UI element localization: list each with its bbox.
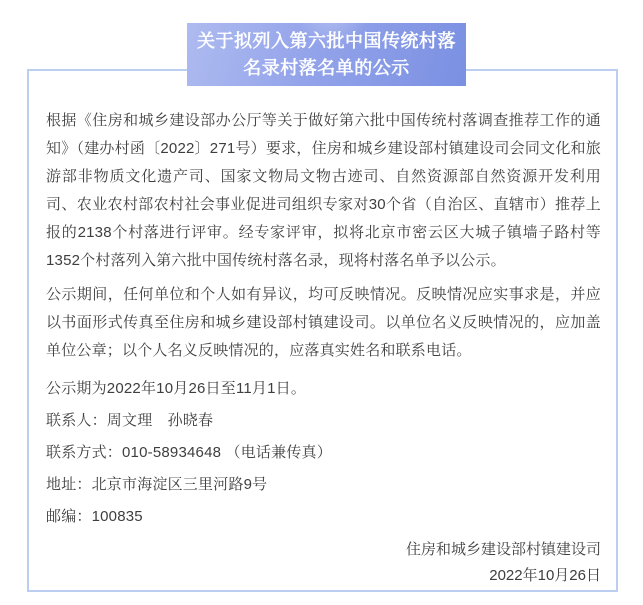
public-period-line: 公示期为2022年10月26日至11月1日。 xyxy=(46,373,601,405)
issuing-department-signature: 住房和城乡建设部村镇建设司 xyxy=(46,537,601,563)
notice-paragraph-objection: 公示期间，任何单位和个人如有异议，均可反映情况。反映情况应实事求是，并应以书面形… xyxy=(46,281,601,365)
notice-page: 关于拟列入第六批中国传统村落 名录村落名单的公示 根据《住房和城乡建设部办公厅等… xyxy=(0,0,643,605)
contact-method-line: 联系方式：010-58934648 （电话兼传真） xyxy=(46,437,601,469)
postcode-line: 邮编：100835 xyxy=(46,501,601,533)
issue-date: 2022年10月26日 xyxy=(46,563,601,589)
notice-title-line1: 关于拟列入第六批中国传统村落 xyxy=(197,28,456,55)
address-line: 地址：北京市海淀区三里河路9号 xyxy=(46,469,601,501)
contact-person-line: 联系人：周文理 孙晓春 xyxy=(46,405,601,437)
notice-title-line2: 名录村落名单的公示 xyxy=(243,55,410,82)
notice-body-box: 根据《住房和城乡建设部办公厅等关于做好第六批中国传统村落调查推荐工作的通知》（建… xyxy=(27,69,618,592)
notice-body-content: 根据《住房和城乡建设部办公厅等关于做好第六批中国传统村落调查推荐工作的通知》（建… xyxy=(29,71,616,589)
notice-title-banner: 关于拟列入第六批中国传统村落 名录村落名单的公示 xyxy=(187,23,466,86)
notice-paragraph-basis: 根据《住房和城乡建设部办公厅等关于做好第六批中国传统村落调查推荐工作的通知》（建… xyxy=(46,107,601,275)
